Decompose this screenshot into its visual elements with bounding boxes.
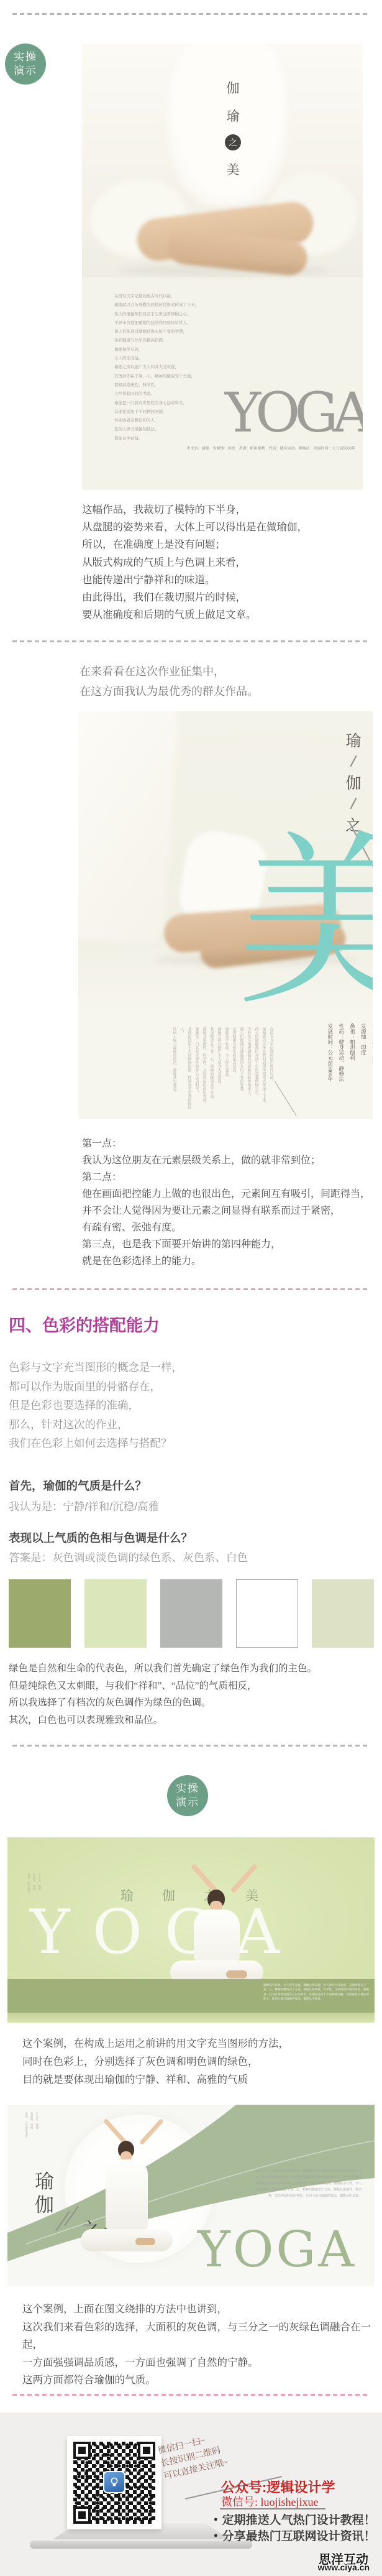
article-page: 实操 演示 伽 瑜 之 美 在没有文字记载的远古时代以前， 瑜伽就以言传身教的面…	[0, 0, 382, 2576]
commentary-poster2: 第一点： 我认为这位朋友在元素层级关系上，做的就非常到位； 第二点： 他在画面把…	[82, 1135, 370, 1270]
poster3-band-text: 瑜伽易学有效，令人终生受益。瑜伽之所以能广为人知并大受欢迎，其奥妙即在于身、心、…	[263, 1983, 370, 2001]
poster3-reflection	[7, 2013, 375, 2023]
qr-center-logo-icon	[103, 2471, 125, 2493]
photo-shape	[194, 1909, 240, 1967]
benefit-item: ● 分享最热门互联网设计资讯！	[214, 2527, 376, 2544]
separator-dashed	[12, 1288, 370, 1290]
photo-shape	[106, 2159, 148, 2234]
qr-card	[67, 2436, 161, 2529]
watermark-url: www.ciya.cn	[317, 2562, 370, 2572]
question-yoga-temperament: 首先，瑜伽的气质是什么？	[9, 1477, 147, 1493]
commentary-poster1: 这幅作品，我裁切了模特的下半身， 从盘腿的姿势来看，大体上可以得出是在做瑜伽， …	[82, 501, 307, 624]
commentary-poster3: 这个案例，在构成上运用之前讲的用文字充当图形的方法， 同时在色彩上，分别选择了灰…	[22, 2034, 289, 2089]
yoga-poster-4-swoosh: 中文名：瑜伽 发源地：印度 发展：公元前5000年 瑜 伽 之美 在没有文字记载…	[7, 2105, 375, 2286]
poster3-green-band: 瑜伽易学有效，令人终生受益。瑜伽之所以能广为人知并大受欢迎，其奥妙即在于身、心、…	[7, 1979, 375, 2013]
practice-demo-badge: 实操 演示	[5, 44, 46, 85]
photo-shape	[81, 2229, 173, 2251]
poster2-vertical-title: 瑜 伽 之	[344, 729, 363, 836]
yoga-poster-2: 瑜 伽 之 美 在没有文字记载的远古时代以前， 瑜伽就以言传身教的面授传授形式传…	[78, 711, 373, 1119]
poster1-info-line: 中文名：瑜伽 发源地：印度 鼻祖：帕坦伽利 性质：健身运动、静修法 发展时间：公…	[169, 445, 355, 451]
poster2-vertical-body-text: 在没有文字记载的远古时代以前， 瑜伽就以言传身教的面授传授形式传承了下来。 伟大…	[106, 1027, 275, 1114]
practice-demo-badge: 实操 演示	[167, 1775, 208, 1816]
benefit-label: 分享最热门互联网设计资讯！	[222, 2527, 376, 2544]
poster1-body-text: 在没有文字记载的远古时代以前， 瑜伽就以言传身教的面授传授形式传承了下来。 伟大…	[114, 292, 199, 443]
poster1-vertical-title: 伽 瑜 之 美	[224, 78, 242, 178]
intro-best-work: 在来看看在这次作业征集中， 在这方面我认为最优秀的群友作品。	[80, 662, 258, 701]
wechat-id: 微信号: luojishejixue	[221, 2493, 319, 2509]
account-underline	[220, 2508, 325, 2509]
model-photo-crop	[82, 44, 363, 277]
photo-shape	[226, 1970, 247, 1978]
section-heading-color-matching: 四、色彩的搭配能力	[9, 1312, 160, 1336]
benefit-item: ● 定期推送人气热门设计教程！	[214, 2511, 376, 2528]
poster2-vertical-info: 中文名瑜伽：瑜伽 发源地：印度 鼻祖：帕坦伽利 性质：健身运动、静修法 发展时间…	[324, 1023, 373, 1117]
slash-divider	[350, 798, 357, 809]
qr-code	[73, 2442, 155, 2524]
title-char: 瑜	[227, 106, 240, 125]
answer-hue-tone: 答案是：灰色调或淡色调的绿色系、灰色系、白色	[9, 1549, 248, 1565]
scan-hint-handwriting: 微信扫一扫~ 长按识别二维码 可以直接关注哦~	[157, 2431, 229, 2483]
bullet-icon: ●	[214, 2516, 218, 2523]
lightbulb-icon	[108, 2476, 121, 2488]
question-hue-tone: 表现以上气质的色相与色调是什么？	[9, 1530, 193, 1546]
poster1-yoga-wordmark: YOGA	[225, 381, 363, 445]
poster4-mini-vertical-text: 中文名：瑜伽 发源地：印度 发展：公元前5000年	[24, 2112, 40, 2151]
photo-shape	[78, 711, 180, 945]
color-swatch-sage	[312, 1579, 374, 1648]
title-char: 伽	[345, 771, 361, 793]
title-char: 美	[227, 160, 240, 178]
color-swatch-pale-green	[84, 1579, 147, 1648]
photo-shape	[135, 2238, 155, 2245]
bullet-icon: ●	[214, 2532, 218, 2539]
title-char: 伽	[35, 2189, 54, 2217]
title-char-circle: 之	[225, 134, 241, 150]
title-char: 伽	[227, 78, 240, 97]
poster2-mei-character: 美	[237, 831, 373, 1017]
section4-paragraph: 色彩与文字充当图形的概念是一样， 都可以作为版面里的骨骼存在， 但是色彩也要选择…	[9, 1358, 183, 1453]
poster4-yoga-wordmark: YOGA	[198, 2220, 357, 2278]
separator-dashed-top	[12, 13, 370, 15]
color-swatch-white	[236, 1579, 298, 1648]
color-choice-notes: 绿色是自然和生命的代表色，所以我们首先确定了绿色作为我们的主色。 但是纯绿色又太…	[9, 1660, 317, 1729]
qr-finder-icon	[138, 2442, 155, 2459]
benefit-label: 定期推送人气热门设计教程！	[222, 2511, 376, 2528]
poster4-side-text: 在没有文字记载的远古时代以前，瑜伽就以言传身教的面授传授形式传承了下来。伟大的瑜…	[256, 2168, 362, 2199]
qr-finder-icon	[73, 2442, 91, 2459]
yoga-poster-3-green: 中文名：瑜伽 发源地：印度 鼻祖：帕坦伽利 瑜伽之美 YOGA 瑜伽易学有效，令…	[7, 1837, 375, 2023]
separator-dashed	[12, 1745, 370, 1747]
poster3-yoga-wordmark: YOGA	[30, 1897, 302, 1968]
color-swatch-olive	[9, 1579, 71, 1648]
answer-yoga-temperament: 我认为是：宁静/祥和/沉稳/高雅	[9, 1498, 159, 1514]
qr-finder-icon	[73, 2506, 91, 2524]
photo-shape	[118, 265, 329, 276]
slash-divider	[350, 755, 357, 767]
color-swatch-gray	[160, 1579, 222, 1648]
wechat-footer: 微信扫一扫~ 长按识别二维码 可以直接关注哦~ 公众号:逻辑设计学 微信号: l…	[0, 2412, 382, 2576]
separator-dashed-pink	[12, 2394, 370, 2396]
title-char: 瑜	[345, 729, 361, 751]
separator-dashed	[12, 640, 370, 642]
commentary-poster4: 这个案例，上面在图文绕排的方法中也讲到， 这次我们来看色彩的选择，大面积的灰色调…	[22, 2301, 382, 2389]
yoga-poster-1: 伽 瑜 之 美 在没有文字记载的远古时代以前， 瑜伽就以言传身教的面授传授形式传…	[82, 44, 363, 490]
